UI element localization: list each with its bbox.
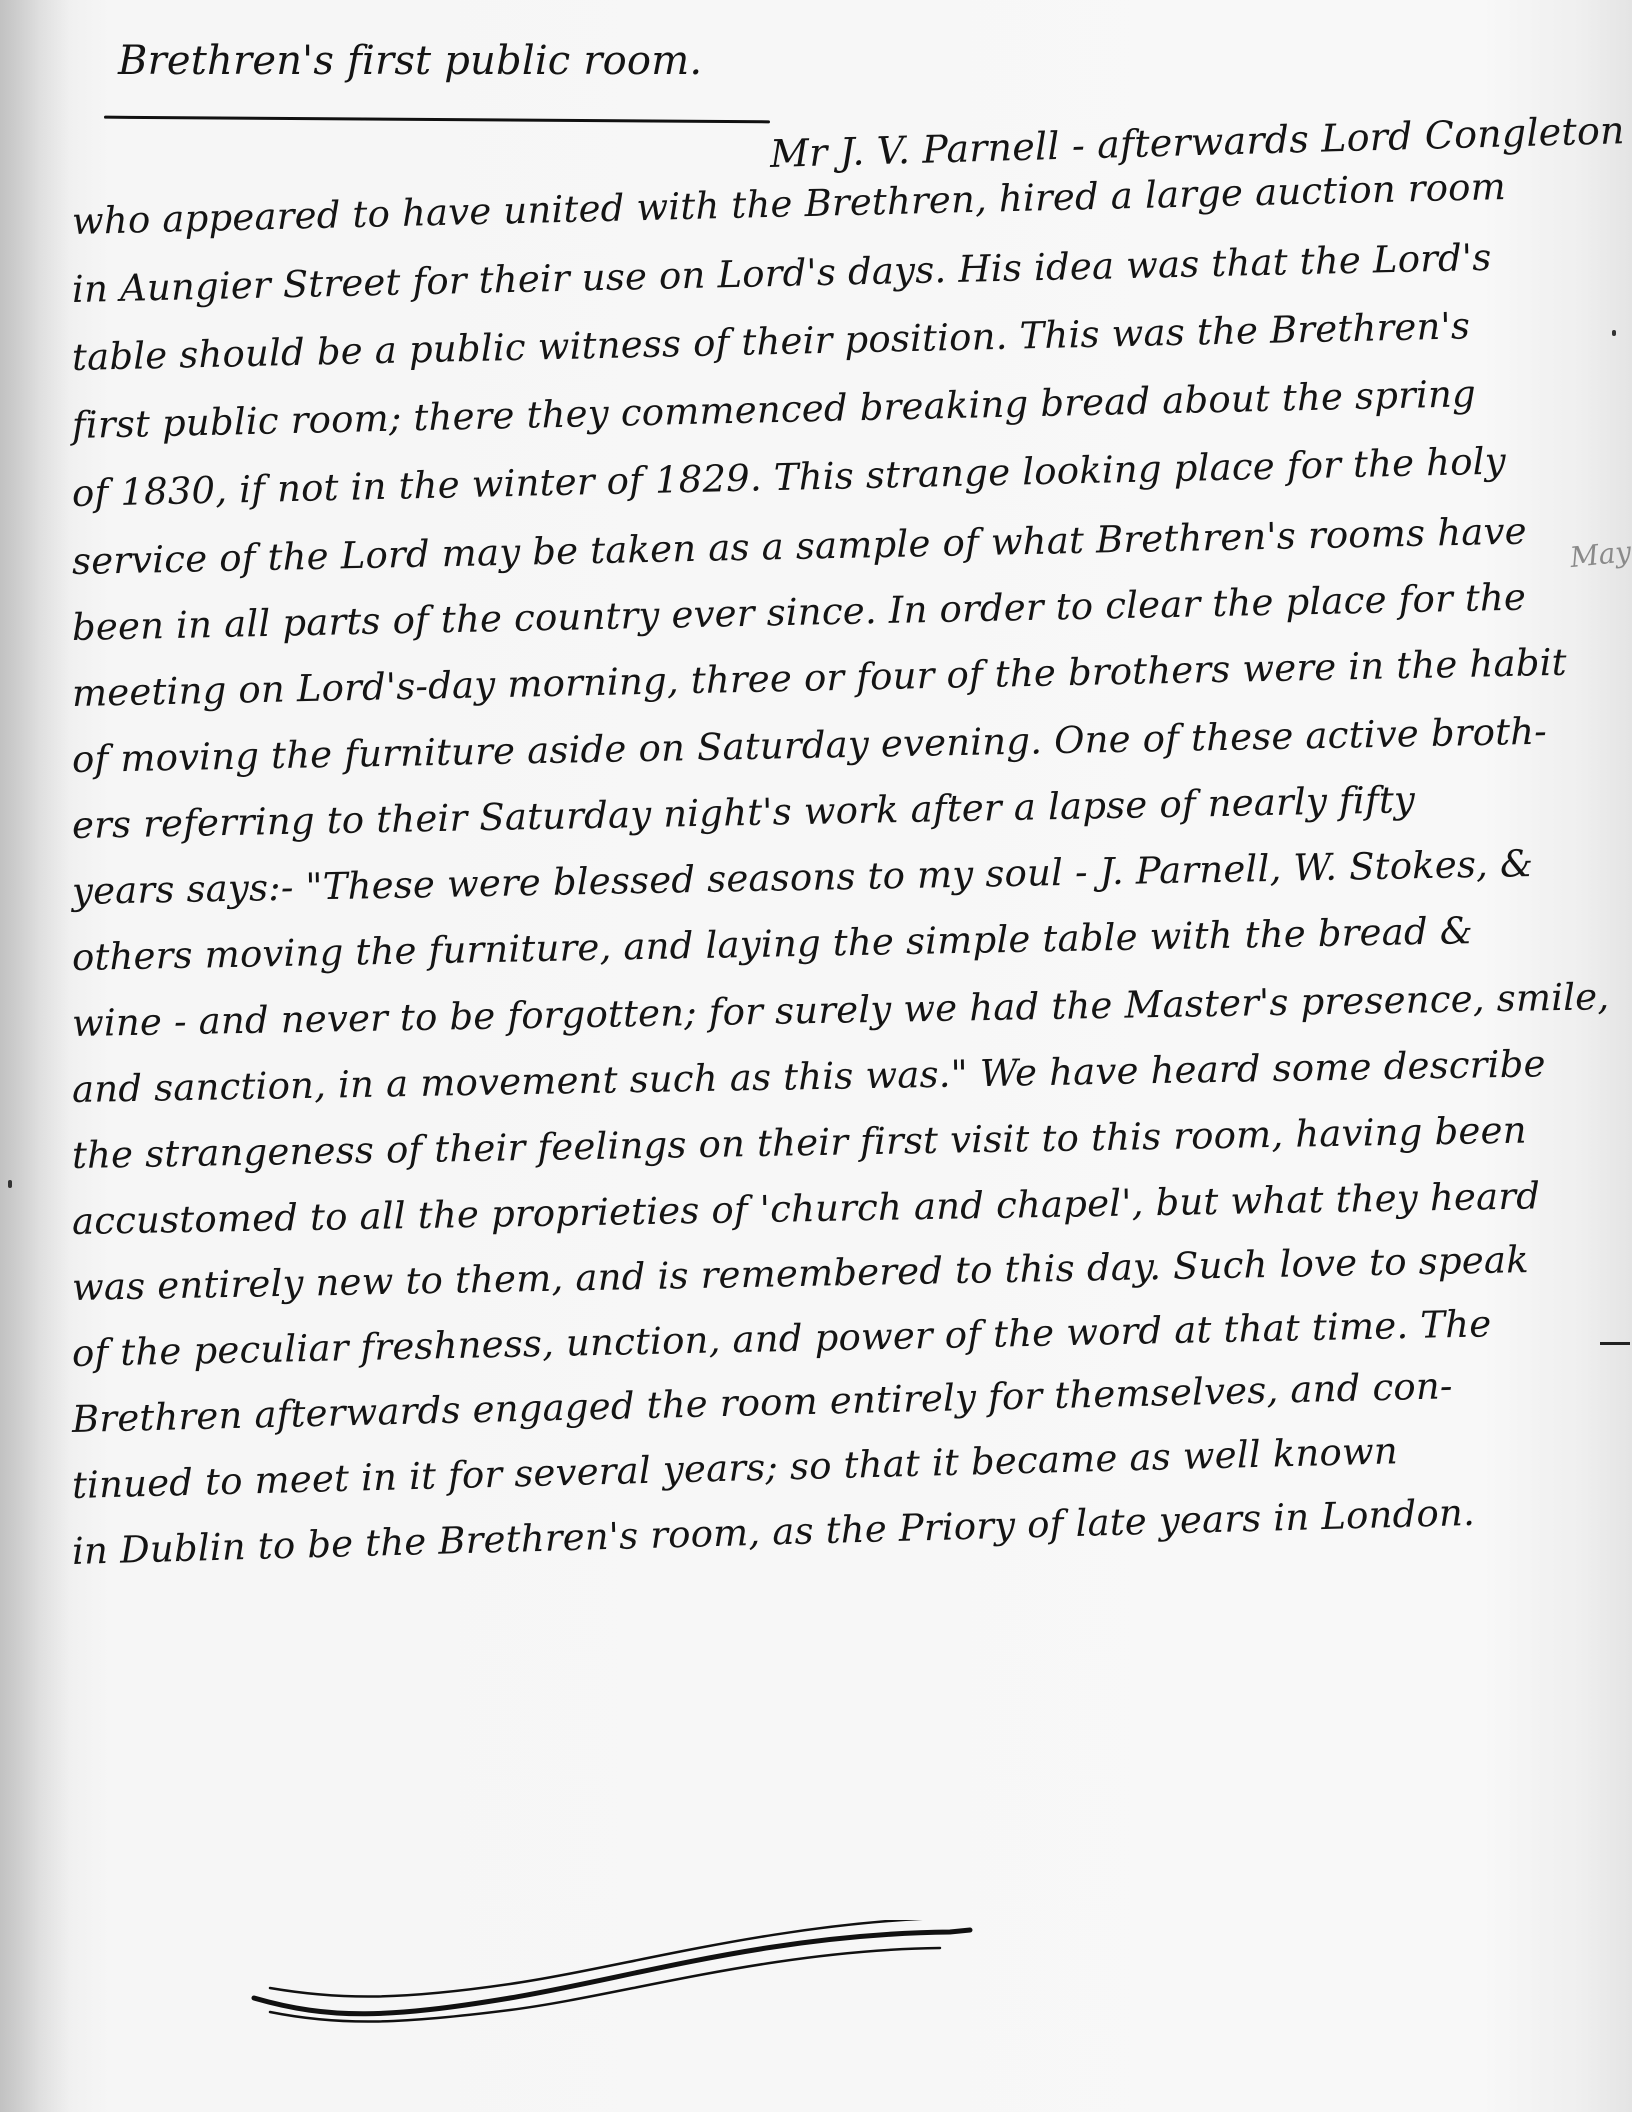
- text-line-17: accustomed to all the proprieties of 'ch…: [72, 1174, 1541, 1243]
- text-line-6: of 1830, if not in the winter of 1829. T…: [72, 439, 1507, 515]
- text-line-22: in Dublin to be the Brethren's room, as …: [71, 1491, 1475, 1573]
- text-line-3: in Aungier Street for their use on Lord'…: [72, 236, 1492, 311]
- text-line-20: Brethren afterwards engaged the room ent…: [71, 1364, 1453, 1441]
- text-line-2: who appeared to have united with the Bre…: [71, 165, 1506, 243]
- text-line-4: table should be a public witness of thei…: [72, 304, 1471, 379]
- text-line-9: meeting on Lord's-day morning, three or …: [72, 641, 1568, 715]
- text-line-15: and sanction, in a movement such as this…: [72, 1042, 1546, 1111]
- page-title: Brethren's first public room.: [118, 38, 702, 84]
- text-line-16: the strangeness of their feelings on the…: [72, 1109, 1527, 1177]
- page-gutter-shadow: [0, 0, 70, 2112]
- text-line-19: of the peculiar freshness, unction, and …: [72, 1302, 1492, 1375]
- ink-speck: [8, 1180, 12, 1188]
- text-line-8: been in all parts of the country ever si…: [72, 576, 1527, 649]
- text-line-21: tinued to meet in it for several years; …: [71, 1429, 1398, 1507]
- manuscript-page: Brethren's first public room. Mr J. V. P…: [0, 0, 1632, 2112]
- margin-dash-mark: [1600, 1342, 1630, 1345]
- text-line-12: years says:- "These were blessed seasons…: [72, 842, 1534, 913]
- pencil-margin-note: May: [1568, 535, 1632, 574]
- ink-speck: [1612, 330, 1616, 336]
- closing-flourish-rule: [250, 1920, 1250, 2040]
- text-line-13: others moving the furniture, and laying …: [72, 909, 1474, 979]
- text-line-5: first public room; there they commenced …: [72, 372, 1477, 447]
- text-line-18: was entirely new to them, and is remembe…: [72, 1238, 1530, 1309]
- text-line-11: ers referring to their Saturday night's …: [72, 778, 1416, 847]
- title-underline: [104, 116, 770, 124]
- text-line-7: service of the Lord may be taken as a sa…: [72, 510, 1528, 583]
- text-line-10: of moving the furniture aside on Saturda…: [72, 710, 1548, 781]
- text-line-14: wine - and never to be forgotten; for su…: [72, 975, 1610, 1045]
